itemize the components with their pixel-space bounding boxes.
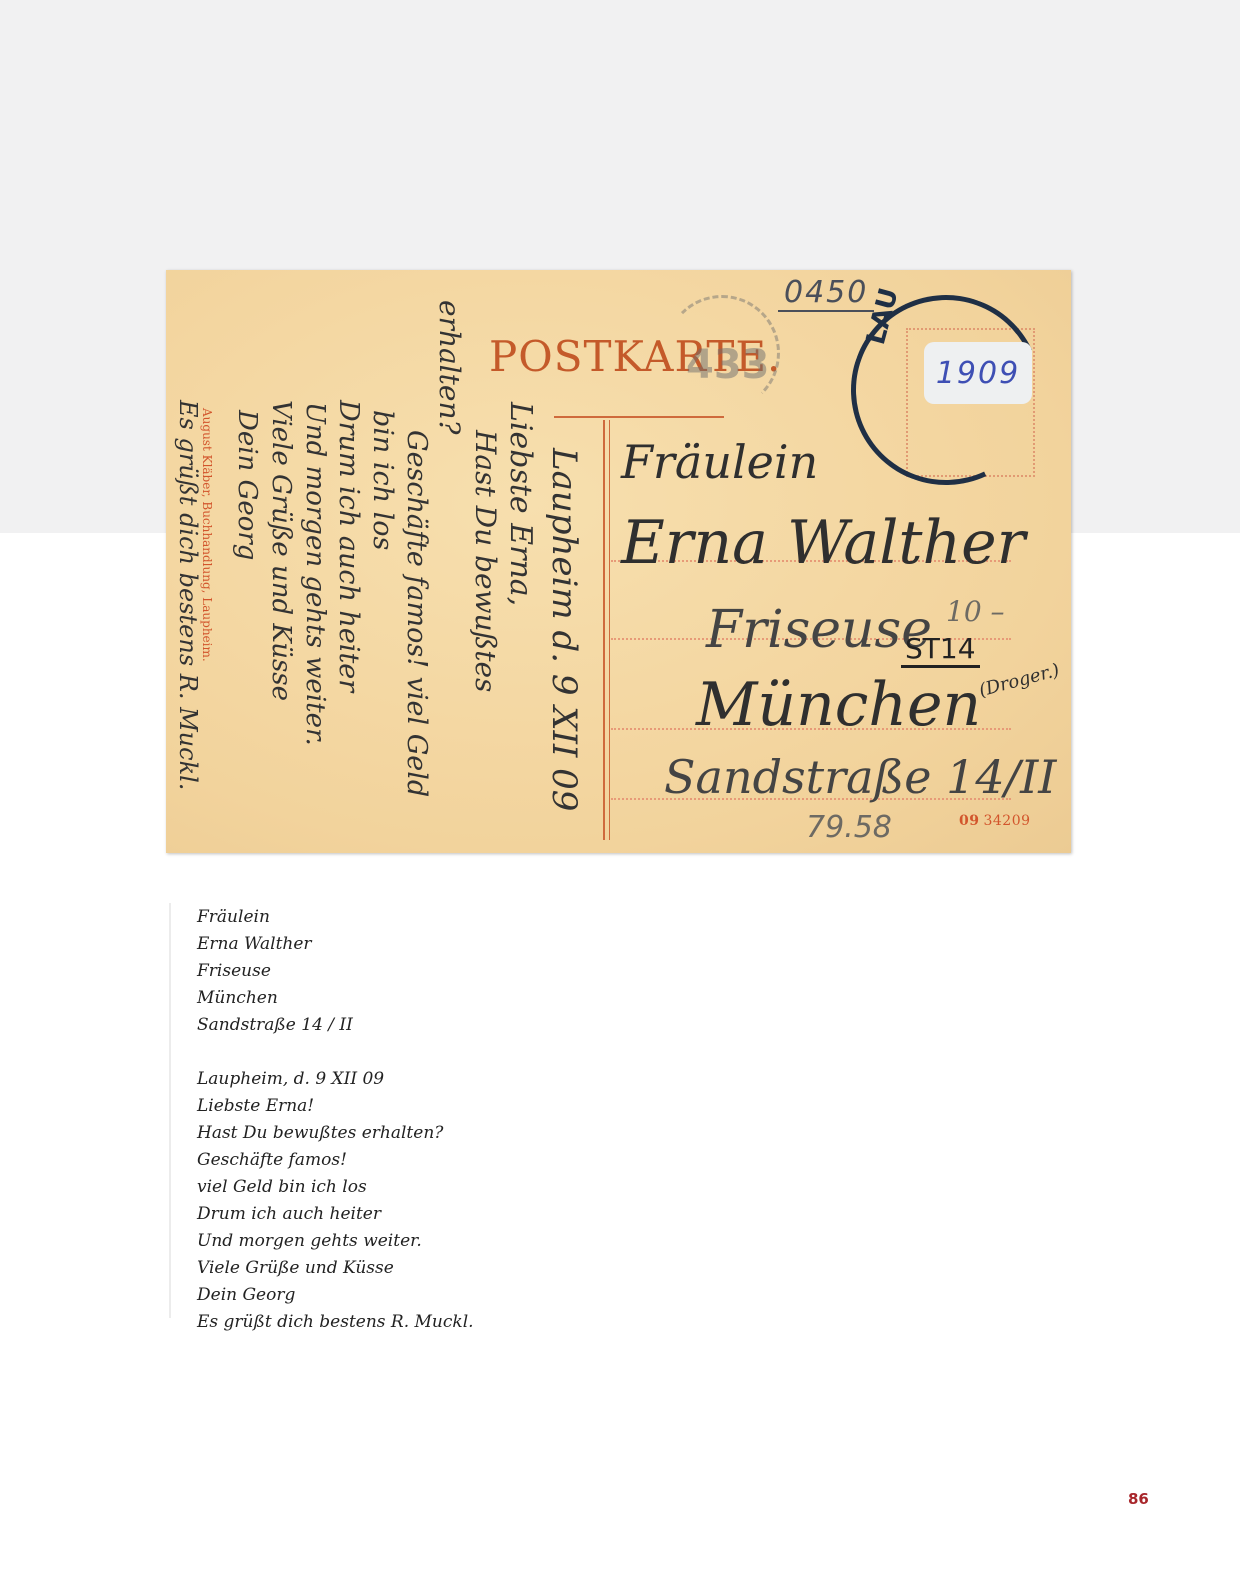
transcript-message-line: Laupheim, d. 9 XII 09 xyxy=(197,1066,474,1093)
transcript: Fräulein Erna Walther Friseuse München S… xyxy=(197,904,474,1336)
pencil-note-droger: (Droger.) xyxy=(977,660,1062,702)
handwritten-message-col: Dein Georg xyxy=(232,410,262,560)
handwritten-message-col: Es grüßt dich bestens R. Muckl. xyxy=(174,400,202,790)
transcript-rule xyxy=(169,903,171,1318)
transcript-message-line: viel Geld bin ich los xyxy=(197,1174,474,1201)
serial-digits: 34209 xyxy=(983,813,1030,829)
pencil-note-bottom: 79.58 xyxy=(806,810,892,845)
handwritten-message-col: erhalten? xyxy=(433,300,466,435)
transcript-message-line: Hast Du bewußtes erhalten? xyxy=(197,1120,474,1147)
transcript-message-line: Drum ich auch heiter xyxy=(197,1201,474,1228)
handwritten-message-col: bin ich los xyxy=(367,410,398,550)
page-number: 86 xyxy=(1128,1490,1149,1508)
serial-prefix: 09 xyxy=(959,813,979,829)
transcript-address-line: Friseuse xyxy=(197,958,474,985)
handwritten-address-line4: München xyxy=(696,670,981,740)
street-code: ST14 xyxy=(901,632,980,668)
serial-number: 0934209 xyxy=(959,813,1031,829)
transcript-message-line: Und morgen gehts weiter. xyxy=(197,1228,474,1255)
archive-number: 0450 xyxy=(778,275,874,312)
postcard-image: POSTKARTE. 433 0450 LAU 1909 Fräulein Er… xyxy=(166,270,1071,853)
transcript-message-line: Viele Grüße und Küsse xyxy=(197,1255,474,1282)
transcript-gap xyxy=(197,1039,474,1066)
title-underline xyxy=(554,416,724,418)
transcript-message-line: Geschäfte famos! xyxy=(197,1147,474,1174)
transcript-address-line: München xyxy=(197,985,474,1012)
postcard-divider xyxy=(603,420,605,840)
faint-stamp-number: 433 xyxy=(686,342,770,388)
pencil-note-price: 10 – xyxy=(946,595,1005,628)
handwritten-message-col: Geschäfte famos! viel Geld xyxy=(401,430,432,797)
transcript-address-line: Sandstraße 14 / II xyxy=(197,1012,474,1039)
handwritten-address-line3: Friseuse xyxy=(706,600,932,660)
handwritten-message-col: Liebste Erna, xyxy=(503,402,538,606)
handwritten-address-line2: Erna Walther xyxy=(621,508,1025,578)
transcript-address-line: Erna Walther xyxy=(197,931,474,958)
handwritten-address-line1: Fräulein xyxy=(621,435,818,489)
transcript-message-line: Es grüßt dich bestens R. Muckl. xyxy=(197,1309,474,1336)
transcript-address-line: Fräulein xyxy=(197,904,474,931)
handwritten-address-line5: Sandstraße 14/II xyxy=(664,750,1056,804)
handwritten-message-col: Laupheim d. 9 XII 09 xyxy=(544,448,584,811)
handwritten-message-col: Drum ich auch heiter xyxy=(333,400,364,692)
date-sticker: 1909 xyxy=(924,342,1032,404)
transcript-message-line: Liebste Erna! xyxy=(197,1093,474,1120)
postcard-divider-second xyxy=(609,420,610,840)
publisher-imprint: August Kläber, Buchhandlung, Laupheim. xyxy=(200,408,214,662)
transcript-message-line: Dein Georg xyxy=(197,1282,474,1309)
handwritten-message-col: Und morgen gehts weiter. xyxy=(300,402,330,746)
handwritten-message-col: Hast Du bewußtes xyxy=(469,430,502,692)
handwritten-message-col: Viele Grüße und Küsse xyxy=(266,400,296,701)
